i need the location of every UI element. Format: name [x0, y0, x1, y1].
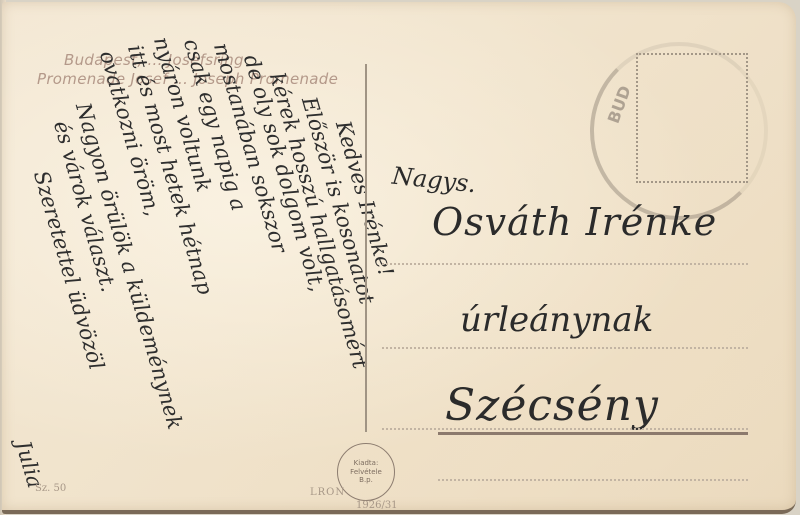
series-number: Sz. 50 — [35, 483, 66, 494]
address-city: Szécsény — [445, 380, 659, 431]
logo-line: Felvétele — [350, 468, 382, 476]
address-name: Osváth Irénke — [432, 200, 717, 244]
logo-line: Kiadta: — [354, 459, 379, 467]
printer-mark: LRON — [310, 487, 345, 498]
address-underline — [438, 432, 748, 435]
address-title: úrleánynak — [460, 300, 653, 340]
address-line-2 — [382, 347, 748, 349]
handwritten-message: Kedves Irénke! Először is kosonatot kére… — [12, 8, 372, 508]
stamp-placeholder — [636, 53, 748, 183]
logo-line: B.p. — [359, 476, 373, 484]
address-line-1 — [382, 263, 748, 265]
center-divider — [365, 64, 367, 432]
address-line-3 — [382, 428, 748, 430]
print-year: 1926/31 — [356, 500, 398, 511]
address-line-4 — [438, 479, 748, 481]
publisher-logo: Kiadta: Felvétele B.p. — [337, 443, 395, 501]
